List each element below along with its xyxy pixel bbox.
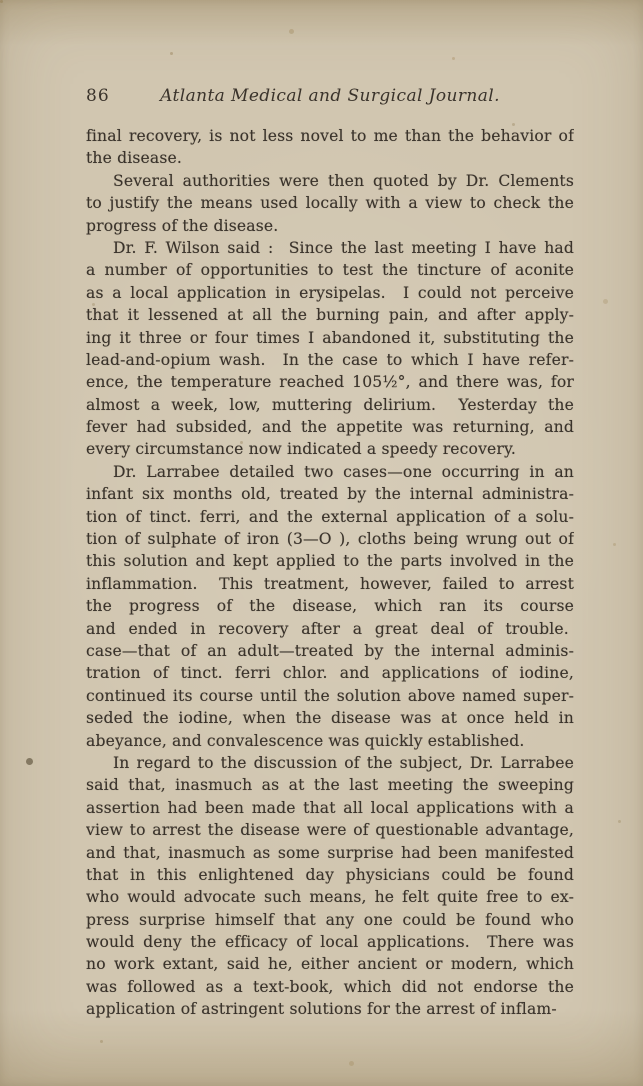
text-line: the progress of the disease, which ran i… [86,595,574,617]
text-line: assertion had been made that all local a… [86,797,574,819]
text-line: to justify the means used locally with a… [86,192,574,214]
text-line: ence, the temperature reached 105½°, and… [86,371,574,393]
text-line: no work extant, said he, either ancient … [86,953,574,975]
paragraph: Dr. Larrabee detailed two cases—one occu… [86,461,574,752]
running-head: 86 Atlanta Medical and Surgical Journal. [86,86,574,108]
paragraph: final recovery, is not less novel to me … [86,125,574,170]
text-line: Dr. Larrabee detailed two cases—one occu… [86,461,574,483]
text-line: progress of the disease. [86,215,574,237]
page-body: final recovery, is not less novel to me … [86,125,574,1021]
paragraph: Dr. F. Wilson said : Since the last meet… [86,237,574,461]
text-line: continued its course until the solution … [86,685,574,707]
text-line: lead-and-opium wash. In the case to whic… [86,349,574,371]
text-line: In regard to the discussion of the subje… [86,752,574,774]
text-line: press surprise himself that any one coul… [86,909,574,931]
text-line: tration of tinct. ferri chlor. and appli… [86,662,574,684]
page-number: 86 [86,86,110,106]
text-line: this solution and kept applied to the pa… [86,550,574,572]
paragraph: In regard to the discussion of the subje… [86,752,574,1021]
text-line: application of astringent solutions for … [86,998,574,1020]
text-line: who would advocate such means, he felt q… [86,886,574,908]
text-line: every circumstance now indicated a speed… [86,438,574,460]
text-line: Several authorities were then quoted by … [86,170,574,192]
text-line: that it lessened at all the burning pain… [86,304,574,326]
scanned-journal-page: 86 Atlanta Medical and Surgical Journal.… [0,0,643,1086]
paragraph: Several authorities were then quoted by … [86,170,574,237]
text-line: fever had subsided, and the appetite was… [86,416,574,438]
text-line: view to arrest the disease were of quest… [86,819,574,841]
text-line: and ended in recovery after a great deal… [86,618,574,640]
text-line: would deny the efficacy of local applica… [86,931,574,953]
text-line: tion of sulphate of iron (3—O ), cloths … [86,528,574,550]
text-line: seded the iodine, when the disease was a… [86,707,574,729]
text-line: that in this enlightened day physicians … [86,864,574,886]
text-line: Dr. F. Wilson said : Since the last meet… [86,237,574,259]
text-line: a number of opportunities to test the ti… [86,259,574,281]
text-line: was followed as a text-book, which did n… [86,976,574,998]
journal-title: Atlanta Medical and Surgical Journal. [86,86,574,106]
text-line: final recovery, is not less novel to me … [86,125,574,147]
text-line: and that, inasmuch as some surprise had … [86,842,574,864]
text-line: inflammation. This treatment, however, f… [86,573,574,595]
text-line: abeyance, and convalescence was quickly … [86,730,574,752]
text-line: ing it three or four times I abandoned i… [86,327,574,349]
text-line: as a local application in erysipelas. I … [86,282,574,304]
text-line: tion of tinct. ferri, and the external a… [86,506,574,528]
text-line: infant six months old, treated by the in… [86,483,574,505]
text-line: the disease. [86,147,574,169]
text-line: almost a week, low, muttering delirium. … [86,394,574,416]
text-line: case—that of an adult—treated by the int… [86,640,574,662]
text-line: said that, inasmuch as at the last meeti… [86,774,574,796]
